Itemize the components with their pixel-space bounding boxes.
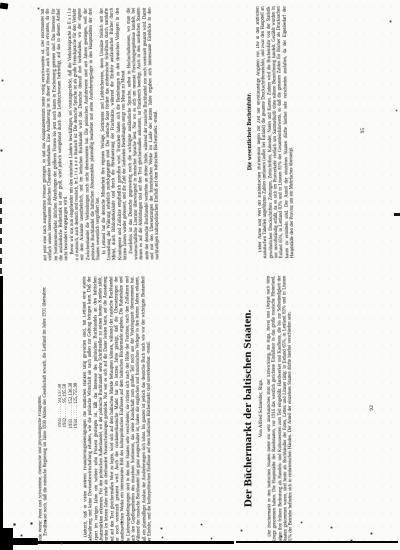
paragraph: auf jetzt eine nach ausgeführten Preisen… xyxy=(41,8,70,260)
scan-artifact-bottom-line-right xyxy=(236,541,398,543)
paragraph: In Lettland hat die deutsche Minderheit … xyxy=(99,8,128,260)
paragraph: Zweifellos ist das Deutsche gegenwärtig … xyxy=(126,8,161,260)
page95-main-text-block: auf jetzt eine nach ausgeführten Preisen… xyxy=(41,7,246,261)
article-byline: Von Alfred Schneider, Riga. xyxy=(257,272,264,545)
scanned-book-spread: auf jetzt eine nach ausgeführten Preisen… xyxy=(0,0,400,550)
page92-main-text-block: Dadurch, daß in vielen anderen Finanzier… xyxy=(82,276,239,544)
scan-artifact-right-dash xyxy=(394,213,400,216)
paragraph: Der Büchermarkt in den baltischen Staate… xyxy=(266,276,294,543)
scan-artifact-bottom-line-left xyxy=(6,541,234,544)
page92-intro-text-block: Der Büchermarkt in den baltischen Staate… xyxy=(266,275,331,542)
stats-row: 1934 . . . . . . 125,755.98 xyxy=(74,344,80,468)
page95-section-text-block: Ueber Name und Wert der ausländischen Bu… xyxy=(256,6,337,259)
page-number-92: 92 xyxy=(368,271,375,544)
scan-noise-speckles xyxy=(0,0,1,1)
book-page-92: beide Worte: Peine und Schwemme, chemisc… xyxy=(35,271,385,546)
paragraph: Ueber Name und Wert der ausländischen Bu… xyxy=(256,6,296,258)
stats-table: 1931 . . . . . . 93,137.38 1932 . . . . … xyxy=(58,344,80,468)
scan-artifact-top-dash xyxy=(0,2,8,9)
scan-artifact-left-dashes xyxy=(0,198,2,278)
book-page-95: auf jetzt eine nach ausgeführten Preisen… xyxy=(39,0,382,264)
paragraph: Erwähnt sei noch, daß die estnische Regi… xyxy=(43,277,50,544)
scan-artifact-left-bar xyxy=(0,276,3,550)
paragraph: Bevor wir uns nun eingehender mit den ei… xyxy=(67,8,102,260)
section-heading: Die wesentlichste Bucheinfuhr. xyxy=(246,2,255,262)
page92-top-lines: beide Worte: Peine und Schwemme, chemisc… xyxy=(37,277,56,544)
page-number-95: 95 xyxy=(359,0,368,260)
paragraph: Dadurch, daß in vielen anderen Finanzier… xyxy=(82,276,153,543)
article-title: Der Büchermarkt der baltischen Staaten. xyxy=(241,272,254,545)
